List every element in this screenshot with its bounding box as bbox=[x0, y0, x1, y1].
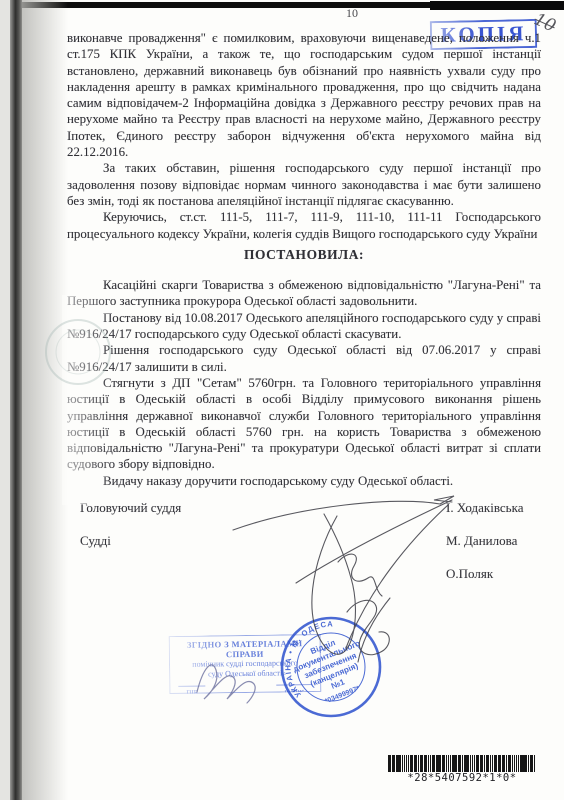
signature-khodakivska bbox=[233, 496, 454, 530]
signature-poliak bbox=[347, 600, 389, 654]
signature-danylova bbox=[312, 514, 356, 654]
handwritten-signatures bbox=[0, 0, 564, 800]
scanned-court-decision-page: 10 КОПІЯ 10 виконавче провадження" є пом… bbox=[0, 0, 564, 800]
signature-clerk bbox=[197, 665, 255, 703]
signature-khodakivska bbox=[296, 500, 452, 583]
